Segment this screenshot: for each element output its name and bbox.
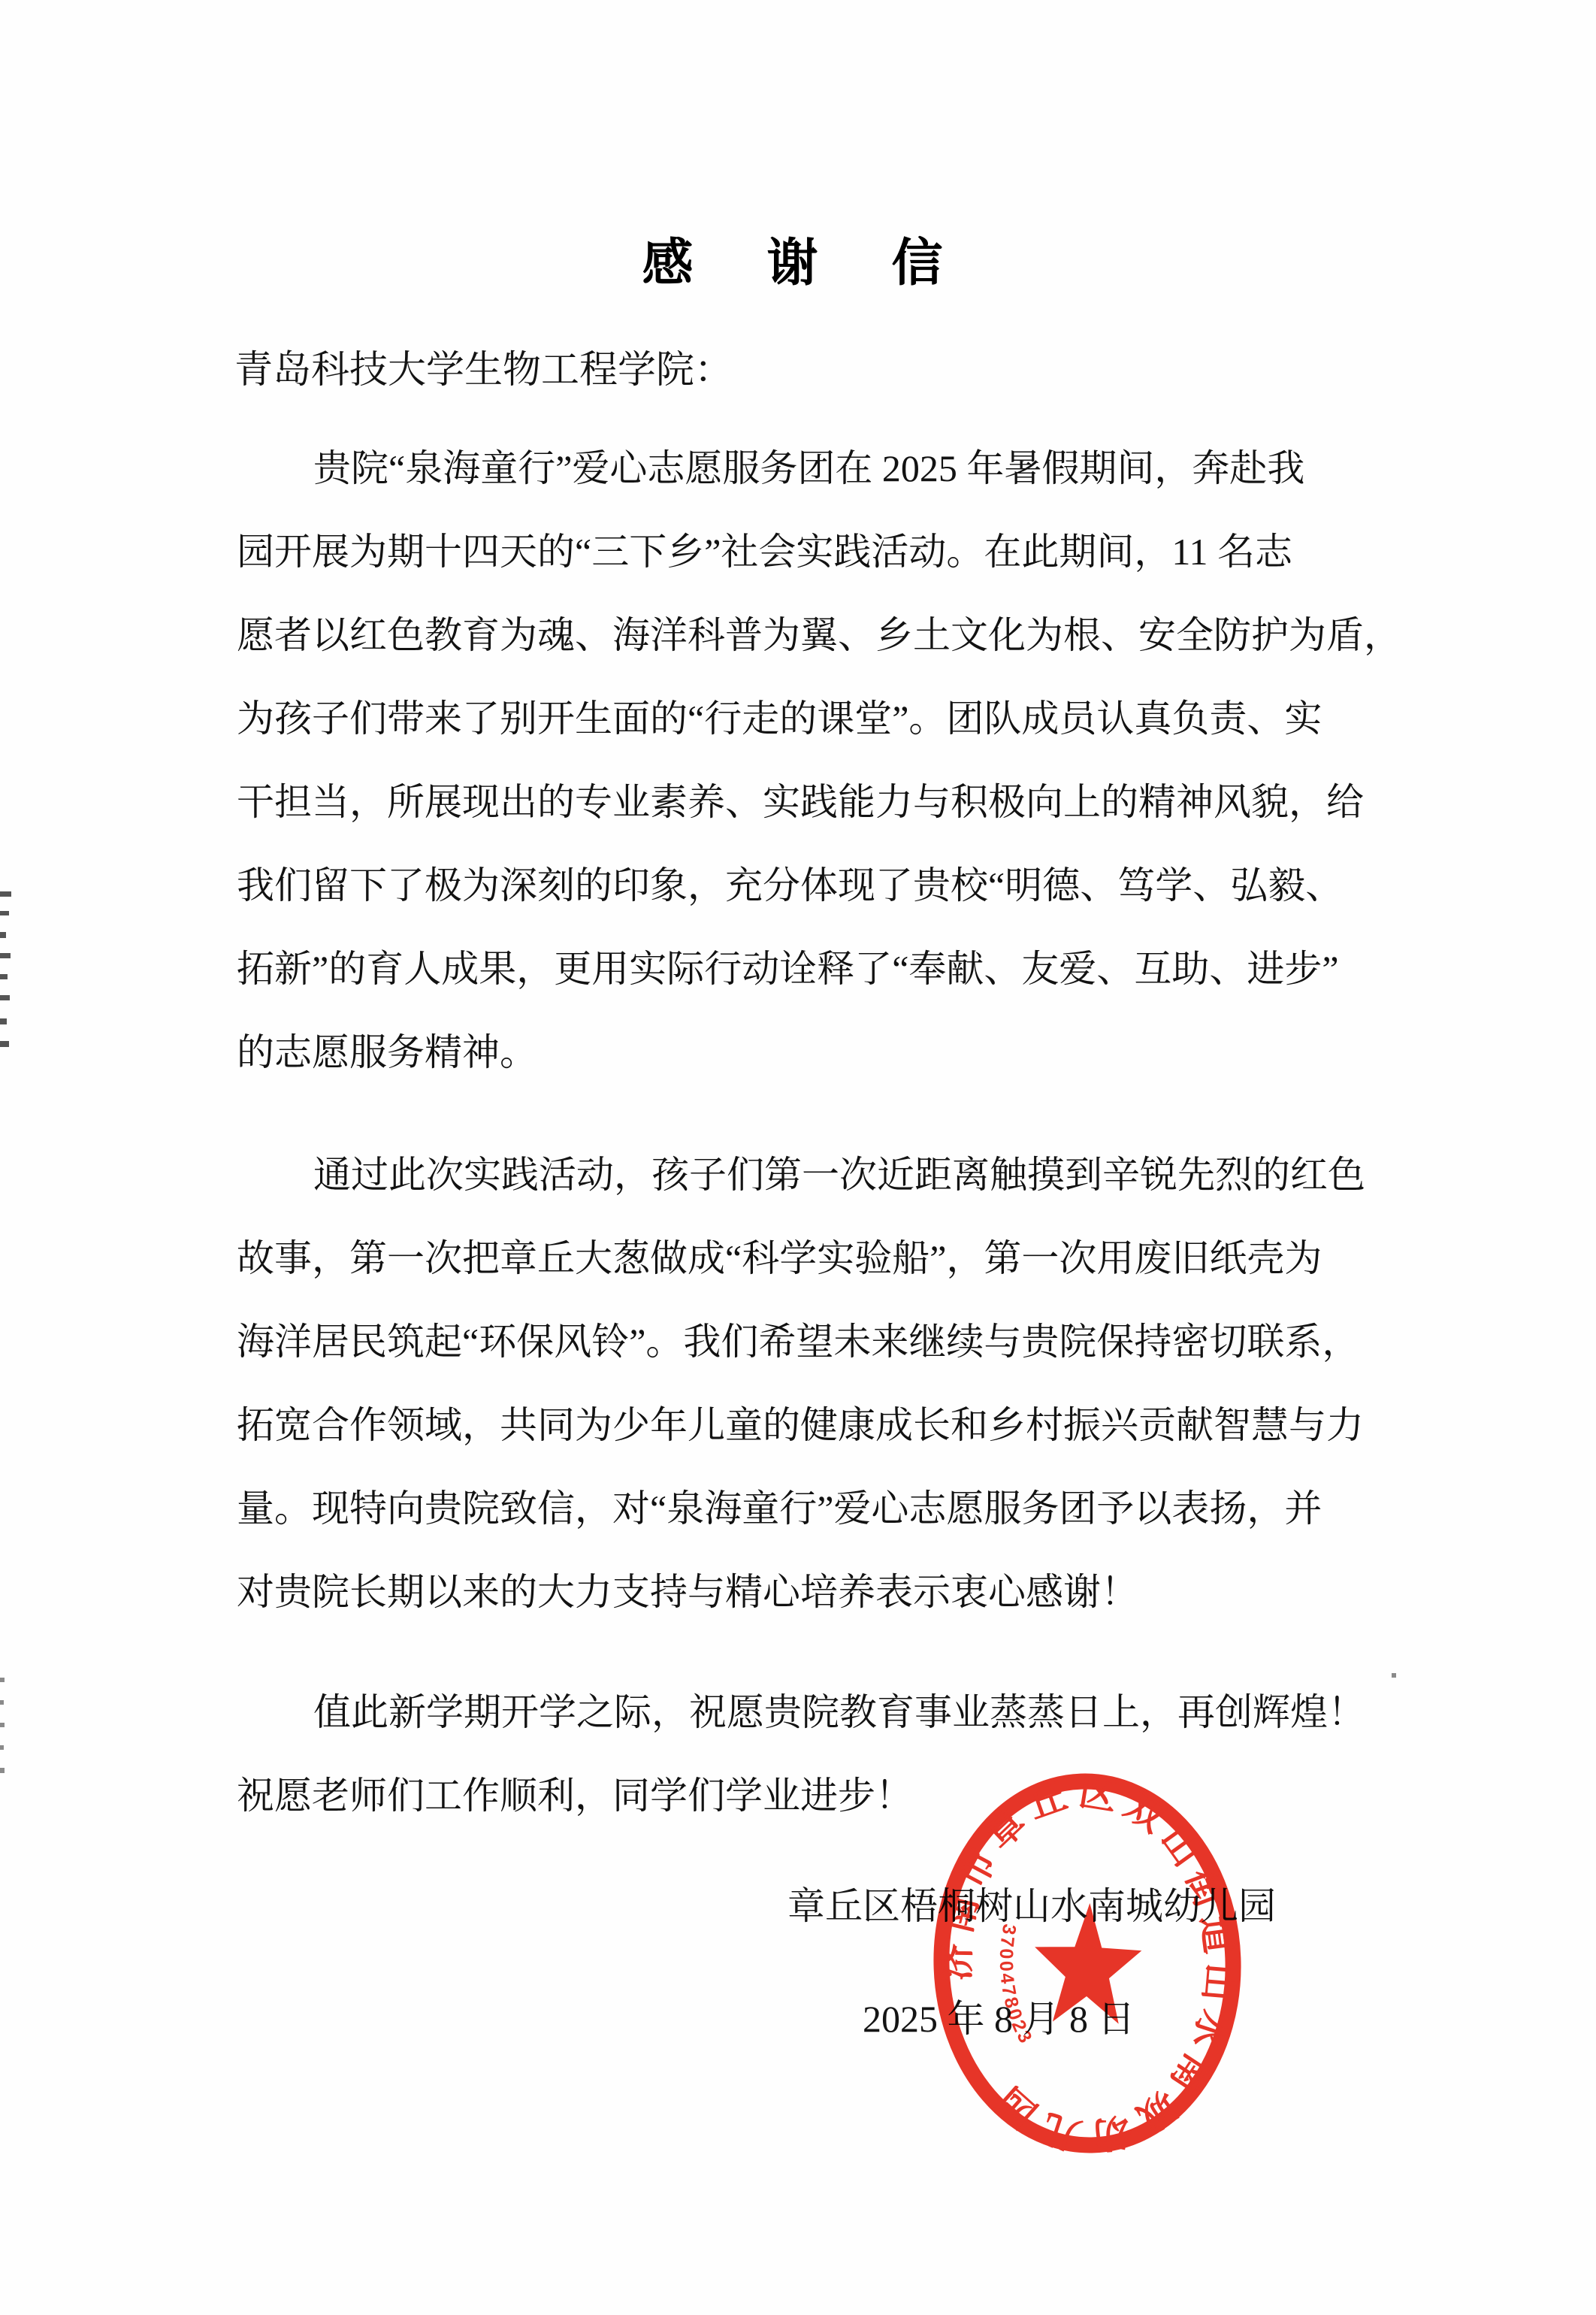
scan-artifact [0, 891, 11, 897]
body-line: 量。现特向贵院致信，对“泉海童行”爱心志愿服务团予以表扬，并 [237, 1467, 1386, 1551]
scan-artifact [0, 1700, 4, 1705]
body-line: 园开展为期十四天的“三下乡”社会实践活动。在此期间，11 名志 [237, 510, 1386, 594]
body-line: 为孩子们带来了别开生面的“行走的课堂”。团队成员认真负责、实 [237, 677, 1386, 761]
seal-serial-number: 3700478023 [994, 1921, 1038, 2049]
scan-artifact [0, 953, 11, 958]
scan-artifact [0, 911, 9, 915]
scan-artifact [0, 932, 6, 938]
letter-title: 感 谢 信 [0, 222, 1596, 295]
salutation: 青岛科技大学生物工程学院： [234, 338, 733, 394]
body-line: 的志愿服务精神。 [237, 1011, 1386, 1094]
scan-artifact [0, 1768, 5, 1773]
letter-page: 感 谢 信 青岛科技大学生物工程学院： 贵院“泉海童行”爱心志愿服务团在 202… [0, 0, 1596, 2315]
body-line: 故事，第一次把章丘大葱做成“科学实验船”，第一次用废旧纸壳为 [237, 1217, 1386, 1300]
body-line: 拓新”的育人成果，更用实际行动诠释了“奉献、友爱、互助、进步” [237, 928, 1386, 1011]
official-seal-stamp: 济南市章丘区双山街道山水南城幼儿园 3700478023 [904, 1751, 1271, 2176]
scan-artifact [0, 1678, 5, 1682]
svg-text:3700478023: 3700478023 [994, 1921, 1038, 2049]
scan-artifact [0, 974, 8, 979]
body-line: 拓宽合作领域，共同为少年儿童的健康成长和乡村振兴贡献智慧与力 [237, 1384, 1386, 1467]
body-line: 贵院“泉海童行”爱心志愿服务团在 2025 年暑假期间，奔赴我 [237, 427, 1386, 510]
scan-artifact [0, 995, 10, 1000]
body-line: 海洋居民筑起“环保风铃”。我们希望未来继续与贵院保持密切联系， [237, 1300, 1386, 1384]
body-line: 愿者以红色教育为魂、海洋科普为翼、乡土文化为根、安全防护为盾， [237, 594, 1386, 677]
body-line: 干担当，所展现出的专业素养、实践能力与积极向上的精神风貌，给 [237, 761, 1386, 844]
scan-artifact [0, 1723, 5, 1727]
paragraph: 贵院“泉海童行”爱心志愿服务团在 2025 年暑假期间，奔赴我园开展为期十四天的… [237, 427, 1386, 1094]
scan-artifact [0, 1041, 9, 1047]
scan-artifact [0, 1018, 7, 1024]
scan-artifact [0, 1745, 4, 1750]
seal-star-icon [1032, 1902, 1144, 2025]
paragraph: 通过此次实践活动，孩子们第一次近距离触摸到辛锐先烈的红色故事，第一次把章丘大葱做… [237, 1133, 1386, 1634]
body-line: 对贵院长期以来的大力支持与精心培养表示衷心感谢！ [237, 1551, 1386, 1634]
body-line: 值此新学期开学之际，祝愿贵院教育事业蒸蒸日上，再创辉煌！ [237, 1671, 1386, 1754]
scan-artifact [1392, 1673, 1396, 1678]
body-line: 我们留下了极为深刻的印象，充分体现了贵校“明德、笃学、弘毅、 [237, 844, 1386, 928]
body-line: 通过此次实践活动，孩子们第一次近距离触摸到辛锐先烈的红色 [237, 1133, 1386, 1217]
